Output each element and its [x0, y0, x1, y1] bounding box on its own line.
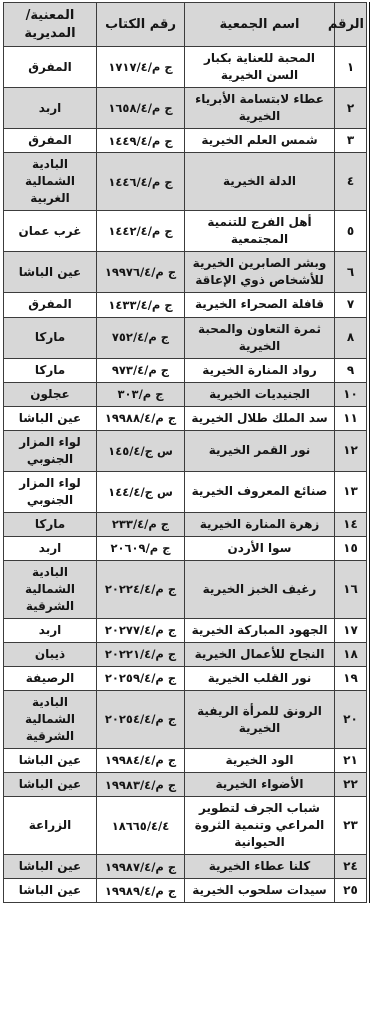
associations-table: الرقم اسم الجمعية رقم الكتاب المعنية/ ال… — [3, 2, 367, 903]
row-number-cell: ٢١ — [335, 749, 367, 773]
row-number-cell: ٩ — [335, 358, 367, 382]
table-row: ١٧ الجهود المباركة الخيرية ج م/٢٠٢٧٧/٤ ا… — [4, 618, 367, 642]
table-row: ١٥ سوا الأردن ج م/٢٠٦٠٩ اربد — [4, 536, 367, 560]
table-row: ١٠ الجنيديات الخيرية ج م/٣٠٣ عجلون — [4, 382, 367, 406]
table-header: الرقم اسم الجمعية رقم الكتاب المعنية/ ال… — [4, 3, 367, 47]
association-name-cell: شباب الجرف لتطوير المراعي وتنمية الثروة … — [185, 797, 335, 855]
book-number-cell: ج م/٧٥٢/٤ — [97, 317, 185, 358]
scanned-document-page: الرقم اسم الجمعية رقم الكتاب المعنية/ ال… — [0, 0, 373, 1024]
association-name-cell: سد الملك طلال الخيرية — [185, 406, 335, 430]
directorate-cell: غرب عمان — [4, 211, 97, 252]
association-name-cell: زهرة المنارة الخيرية — [185, 512, 335, 536]
book-number-cell: ج م/٢٠٢٥٤/٤ — [97, 691, 185, 749]
book-number-cell: ج م/١٤٤٢/٤ — [97, 211, 185, 252]
directorate-cell: الرصيفة — [4, 667, 97, 691]
association-name-cell: رواد المنارة الخيرية — [185, 358, 335, 382]
book-number-cell: س ج/١٤٥/٤ — [97, 430, 185, 471]
table-row: ١ المحبة للعناية بكبار السن الخيرية ج م/… — [4, 47, 367, 88]
row-number-cell: ١٦ — [335, 560, 367, 618]
book-number-cell: ج م/٢٠٢٥٩/٤ — [97, 667, 185, 691]
header-row: الرقم اسم الجمعية رقم الكتاب المعنية/ ال… — [4, 3, 367, 47]
table-row: ١٨ النجاح للأعمال الخيرية ج م/٢٠٢٢١/٤ ذي… — [4, 642, 367, 666]
table-body: ١ المحبة للعناية بكبار السن الخيرية ج م/… — [4, 47, 367, 903]
association-name-cell: نور القلب الخيرية — [185, 667, 335, 691]
table-row: ٨ ثمرة التعاون والمحبة الخيرية ج م/٧٥٢/٤… — [4, 317, 367, 358]
directorate-cell: ماركا — [4, 358, 97, 382]
table-row: ٤ الدلة الخيرية ج م/١٤٤٦/٤ البادية الشما… — [4, 153, 367, 211]
row-number-cell: ٨ — [335, 317, 367, 358]
book-number-cell: ج م/١٩٩٨٧/٤ — [97, 855, 185, 879]
row-number-cell: ١٠ — [335, 382, 367, 406]
directorate-cell: ماركا — [4, 512, 97, 536]
directorate-cell: عين الباشا — [4, 855, 97, 879]
row-number-cell: ١٨ — [335, 642, 367, 666]
row-number-cell: ١٣ — [335, 471, 367, 512]
table-row: ١٢ نور القمر الخيرية س ج/١٤٥/٤ لواء المز… — [4, 430, 367, 471]
row-number-cell: ١٥ — [335, 536, 367, 560]
directorate-cell: لواء المزار الجنوبي — [4, 430, 97, 471]
association-name-cell: الأضواء الخيرية — [185, 773, 335, 797]
row-number-cell: ١٧ — [335, 618, 367, 642]
table-row: ١١ سد الملك طلال الخيرية ج م/١٩٩٨٨/٤ عين… — [4, 406, 367, 430]
row-number-cell: ٦ — [335, 252, 367, 293]
association-name-cell: وبشر الصابرين الخيرية للأشخاص ذوي الإعاق… — [185, 252, 335, 293]
row-number-cell: ٣ — [335, 129, 367, 153]
directorate-cell: اربد — [4, 536, 97, 560]
association-name-cell: نور القمر الخيرية — [185, 430, 335, 471]
book-number-cell: ج م/٢٠٢٢١/٤ — [97, 642, 185, 666]
header-directorate: المعنية/ المديرية — [4, 3, 97, 47]
association-name-cell: الجهود المباركة الخيرية — [185, 618, 335, 642]
directorate-cell: لواء المزار الجنوبي — [4, 471, 97, 512]
row-number-cell: ٢ — [335, 88, 367, 129]
table-row: ٢٢ الأضواء الخيرية ج م/١٩٩٨٣/٤ عين الباش… — [4, 773, 367, 797]
association-name-cell: عطاء لابتسامة الأبرياء الخيرية — [185, 88, 335, 129]
book-number-cell: ج م/١٧١٧/٤ — [97, 47, 185, 88]
table-row: ٢٤ كلنا عطاء الخيرية ج م/١٩٩٨٧/٤ عين الب… — [4, 855, 367, 879]
directorate-cell: البادية الشمالية الشرقية — [4, 691, 97, 749]
directorate-cell: عين الباشا — [4, 406, 97, 430]
book-number-cell: ج م/٢٠٢٢٤/٤ — [97, 560, 185, 618]
table-row: ٧ قافلة الصحراء الخيرية ج م/١٤٣٣/٤ المفر… — [4, 293, 367, 317]
directorate-cell: المفرق — [4, 129, 97, 153]
row-number-cell: ١ — [335, 47, 367, 88]
directorate-cell: ذيبان — [4, 642, 97, 666]
book-number-cell: ج م/٩٧٣/٤ — [97, 358, 185, 382]
association-name-cell: ثمرة التعاون والمحبة الخيرية — [185, 317, 335, 358]
row-number-cell: ٢٠ — [335, 691, 367, 749]
book-number-cell: ج م/١٤٤٩/٤ — [97, 129, 185, 153]
book-number-cell: ج م/١٩٩٧٦/٤ — [97, 252, 185, 293]
row-number-cell: ١٤ — [335, 512, 367, 536]
table-frame: الرقم اسم الجمعية رقم الكتاب المعنية/ ال… — [7, 2, 370, 903]
row-number-cell: ٧ — [335, 293, 367, 317]
association-name-cell: شمس العلم الخيرية — [185, 129, 335, 153]
association-name-cell: أهل الفرج للتنمية المجتمعية — [185, 211, 335, 252]
table-row: ٢ عطاء لابتسامة الأبرياء الخيرية ج م/١٦٥… — [4, 88, 367, 129]
association-name-cell: النجاح للأعمال الخيرية — [185, 642, 335, 666]
row-number-cell: ٢٣ — [335, 797, 367, 855]
directorate-cell: عين الباشا — [4, 879, 97, 903]
book-number-cell: ج م/١٤٤٦/٤ — [97, 153, 185, 211]
directorate-cell: البادية الشمالية الغربية — [4, 153, 97, 211]
association-name-cell: المحبة للعناية بكبار السن الخيرية — [185, 47, 335, 88]
directorate-cell: عين الباشا — [4, 252, 97, 293]
directorate-cell: عجلون — [4, 382, 97, 406]
table-row: ١٣ صنائع المعروف الخيرية س ج/١٤٤/٤ لواء … — [4, 471, 367, 512]
header-association-name: اسم الجمعية — [185, 3, 335, 47]
directorate-cell: اربد — [4, 618, 97, 642]
association-name-cell: رغيف الخبز الخيرية — [185, 560, 335, 618]
book-number-cell: ج م/١٩٩٨٣/٤ — [97, 773, 185, 797]
directorate-cell: المفرق — [4, 293, 97, 317]
row-number-cell: ٢٢ — [335, 773, 367, 797]
association-name-cell: الود الخيرية — [185, 749, 335, 773]
directorate-cell: البادية الشمالية الشرقية — [4, 560, 97, 618]
row-number-cell: ٤ — [335, 153, 367, 211]
row-number-cell: ٥ — [335, 211, 367, 252]
table-row: ٣ شمس العلم الخيرية ج م/١٤٤٩/٤ المفرق — [4, 129, 367, 153]
table-row: ٥ أهل الفرج للتنمية المجتمعية ج م/١٤٤٢/٤… — [4, 211, 367, 252]
book-number-cell: ١٨٦٦٥/٤/٤ — [97, 797, 185, 855]
row-number-cell: ٢٤ — [335, 855, 367, 879]
directorate-cell: عين الباشا — [4, 773, 97, 797]
table-row: ٢٠ الرونق للمرأة الريفية الخيرية ج م/٢٠٢… — [4, 691, 367, 749]
table-row: ٢٥ سيدات سلحوب الخيرية ج م/١٩٩٨٩/٤ عين ا… — [4, 879, 367, 903]
association-name-cell: سوا الأردن — [185, 536, 335, 560]
directorate-cell: ماركا — [4, 317, 97, 358]
row-number-cell: ١٩ — [335, 667, 367, 691]
association-name-cell: كلنا عطاء الخيرية — [185, 855, 335, 879]
row-number-cell: ١٢ — [335, 430, 367, 471]
row-number-cell: ٢٥ — [335, 879, 367, 903]
association-name-cell: قافلة الصحراء الخيرية — [185, 293, 335, 317]
table-row: ١٤ زهرة المنارة الخيرية ج م/٢٣٣/٤ ماركا — [4, 512, 367, 536]
directorate-cell: الزراعة — [4, 797, 97, 855]
book-number-cell: ج م/١٩٩٨٩/٤ — [97, 879, 185, 903]
row-number-cell: ١١ — [335, 406, 367, 430]
table-row: ٦ وبشر الصابرين الخيرية للأشخاص ذوي الإع… — [4, 252, 367, 293]
association-name-cell: صنائع المعروف الخيرية — [185, 471, 335, 512]
book-number-cell: س ج/١٤٤/٤ — [97, 471, 185, 512]
book-number-cell: ج م/١٤٣٣/٤ — [97, 293, 185, 317]
directorate-cell: اربد — [4, 88, 97, 129]
association-name-cell: الجنيديات الخيرية — [185, 382, 335, 406]
book-number-cell: ج م/١٩٩٨٤/٤ — [97, 749, 185, 773]
book-number-cell: ج م/٣٠٣ — [97, 382, 185, 406]
table-row: ٩ رواد المنارة الخيرية ج م/٩٧٣/٤ ماركا — [4, 358, 367, 382]
book-number-cell: ج م/٢٣٣/٤ — [97, 512, 185, 536]
table-row: ٢٣ شباب الجرف لتطوير المراعي وتنمية الثر… — [4, 797, 367, 855]
table-row: ٢١ الود الخيرية ج م/١٩٩٨٤/٤ عين الباشا — [4, 749, 367, 773]
book-number-cell: ج م/١٩٩٨٨/٤ — [97, 406, 185, 430]
header-book-number: رقم الكتاب — [97, 3, 185, 47]
table-row: ١٩ نور القلب الخيرية ج م/٢٠٢٥٩/٤ الرصيفة — [4, 667, 367, 691]
book-number-cell: ج م/٢٠٦٠٩ — [97, 536, 185, 560]
table-row: ١٦ رغيف الخبز الخيرية ج م/٢٠٢٢٤/٤ البادي… — [4, 560, 367, 618]
book-number-cell: ج م/١٦٥٨/٤ — [97, 88, 185, 129]
association-name-cell: الرونق للمرأة الريفية الخيرية — [185, 691, 335, 749]
association-name-cell: سيدات سلحوب الخيرية — [185, 879, 335, 903]
directorate-cell: عين الباشا — [4, 749, 97, 773]
header-row-number: الرقم — [335, 3, 367, 47]
book-number-cell: ج م/٢٠٢٧٧/٤ — [97, 618, 185, 642]
directorate-cell: المفرق — [4, 47, 97, 88]
association-name-cell: الدلة الخيرية — [185, 153, 335, 211]
